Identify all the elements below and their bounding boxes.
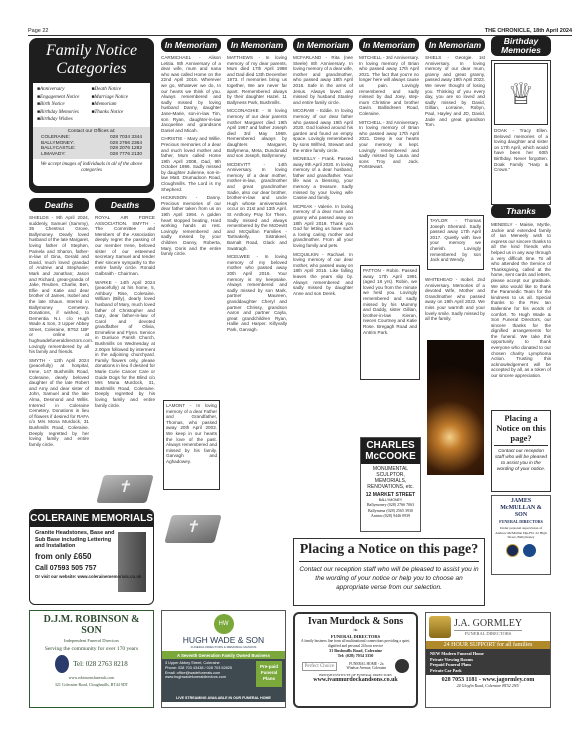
mccooke-title: CHARLES McCOOKE	[361, 438, 420, 464]
robinson-website[interactable]: www.robinsonsfunerals.com	[33, 675, 150, 680]
robinson-address: 321 Coleraine Road, Cloughmills, BT44 9D…	[33, 682, 150, 687]
murdock-text: A family business line from all multinat…	[297, 639, 414, 648]
memoriam-notice: CHRISTIE - Mary and Willie. Precious mem…	[161, 136, 221, 192]
thanks-column: MENEELY - Maisie, Myrtle, Jackie and ext…	[491, 222, 551, 407]
mccooke-phone: Antrim (028) 9446 0939	[361, 513, 420, 519]
bifd-logo-icon	[395, 659, 409, 673]
murdock-title: Ivan Murdock & Sons	[297, 616, 414, 627]
memoriam-notice: MCDEVITT - 14th Anniversary. In loving m…	[227, 162, 287, 252]
memoriam-notice: HICKINSON - Danny. Precious memories of …	[161, 195, 221, 257]
bible-icon	[164, 515, 222, 543]
gormley-bar: 24 HOUR SUPPORT for all families	[426, 641, 550, 649]
murdock-website[interactable]: www.ivanmurdockandsons.co.uk	[297, 677, 414, 683]
deaths-column-1: SHIELDS - 9th April 2024, suddenly, Samu…	[29, 215, 89, 450]
deaths-banner: Deaths	[29, 198, 89, 212]
accept-note: We accept images of individuals in all o…	[37, 162, 146, 174]
memoriam-notice: SHIELS - Georgie. 1st Anniversary. In lo…	[425, 55, 485, 128]
memoriam-notice: MITCHELL - 3rd Anniversary. In loving me…	[359, 120, 419, 170]
memoriam-notice: WHITEHEAD - Isobel. 2nd Anniversary. Mem…	[425, 277, 485, 322]
death-notice: WARKE - 14th April 2024 (peacefully) at …	[95, 280, 155, 409]
mccooke-lines: MONUMENTAL SCULPTOR, MEMORIALS, RENOVATI…	[361, 464, 420, 492]
perfect-choice-logo: Perfect Choice	[302, 662, 338, 671]
gormley-title: J.A. GORMLEY	[454, 618, 522, 629]
badge-icon	[523, 544, 536, 557]
memoriam-taylor: TAYLOR - Thomas Joseph Sherrard. Sadly p…	[427, 215, 484, 270]
wade-bar: A Seventh Generation Family Owned Busine…	[162, 651, 285, 659]
office-name: LIMAVADY:	[41, 152, 66, 158]
death-notice: ROYAL AIR FORCE ASSOCIATION. SMYTH - The…	[95, 215, 155, 277]
memoriam-notice: MCGRAW - Eddie. In loving memory of our …	[293, 108, 353, 153]
mcmullan-sub: FUNERAL DIRECTORS	[494, 519, 548, 524]
page-number: Page 22	[28, 28, 49, 34]
murdock-phone: Tel: (028) 7034 3350	[297, 653, 414, 658]
page-header: Page 22 THE CHRONICLE, 18th April 2024	[28, 28, 572, 36]
wade-prepaid: Pre-paid Funeral Plans	[256, 661, 282, 687]
robinson-serving: Serving the community for over 170 years	[33, 646, 150, 652]
memoriam-notice: CARMICHAEL - Alison Letitia. 8th Anniver…	[161, 55, 221, 133]
mcmullan-title: JAMES McMULLAN & SON	[494, 498, 548, 519]
placing-title: Placing a Notice on this page?	[299, 542, 479, 562]
category: Thanks Notice	[92, 109, 147, 117]
coleraine-website[interactable]: Or visit our website: www.colerainememor…	[35, 574, 148, 579]
categories-title: Family Notice Categories	[33, 42, 150, 78]
memoriam-whitehead: WHITEHEAD - Isobel. 2nd Anniversary. Mem…	[425, 277, 485, 337]
placing-notice-large: Placing a Notice on this page? Contact o…	[293, 538, 485, 606]
contact-heading: Contact our Offices at:	[41, 129, 142, 135]
wade-live: LIVE STREAMING AVAILABLE IN OUR FUNERAL …	[162, 696, 285, 701]
thanks-notice: MENEELY - Maisie, Myrtle, Jackie and ext…	[491, 222, 551, 379]
thanks-banner: Thanks	[491, 204, 551, 218]
hugh-wade-ad: HW HUGH WADE & SON FUNERAL DIRECTORS & M…	[161, 610, 286, 708]
gormley-feature: Private Car Park	[430, 668, 546, 674]
coleraine-price: from only £650	[35, 552, 148, 561]
memoriam-notice: MCPEAK - Valerie. In loving memory of a …	[293, 204, 353, 249]
robinson-ad: D.J.M. ROBINSON & SON Independent Funera…	[29, 610, 154, 708]
coleraine-phone: Call 07593 505 757	[35, 565, 148, 572]
robinson-phone: Tel: 028 2763 8218	[73, 660, 128, 668]
family-notice-categories: Family Notice Categories Anniversary Dea…	[29, 38, 154, 193]
crest-icon: ♕	[494, 63, 548, 125]
wade-title: HUGH WADE & SON	[162, 635, 285, 645]
birthday-box: ♕ DOAK - Tracy Ellen. Beloved memories o…	[491, 60, 551, 205]
memoriam-notice: MATTHEWS - In loving memory of my dear p…	[227, 55, 287, 105]
memoriam-notice: LAMONT - In loving memory of a dear Fath…	[166, 403, 217, 465]
bible-icon	[96, 475, 154, 503]
memoriam-banner: In Memoriam	[359, 38, 419, 52]
memoriam-notice: MCFARLAND - Rita (nee Steele) 8th Annive…	[293, 55, 353, 105]
murdock-ad: Ivan Murdock & Sons ❧ FUNERAL DIRECTORS …	[293, 612, 418, 708]
category: Engagement Notice	[37, 94, 92, 102]
birthday-notice: DOAK - Tracy Ellen. Beloved memories of …	[494, 128, 548, 173]
category: Birth Notice	[37, 101, 92, 109]
placing-text: Contact our reception staff who will be …	[299, 565, 479, 592]
placing-notice-small: Placing a Notice on this page? Contact o…	[491, 410, 551, 492]
category: Birthday Memories	[37, 109, 92, 117]
mcmullan-ad: JAMES McMULLAN & SON FUNERAL DIRECTORS U…	[491, 495, 551, 575]
birthday-banner: Birthday Memories	[491, 36, 551, 56]
memoriam-notice: TAYLOR - Thomas Joseph Sherrard. Sadly p…	[430, 218, 481, 263]
robinson-sub: Independent Funeral Directors	[33, 638, 150, 643]
placing-text: Contact our reception staff who will be …	[494, 449, 548, 473]
memoriam-notice: MCCONAGHIE - In loving memory of our dea…	[227, 108, 287, 158]
office-phone: 028 7776 2130	[110, 152, 142, 158]
murdock-home: FUNERAL HOME - 2a Windsor Avenue, Colera…	[346, 662, 386, 670]
deaths-banner: Deaths	[95, 198, 155, 212]
memoriam-notice: MITCHELL - 3rd Anniversary. In loving me…	[359, 55, 419, 117]
memoriam-banner: In Memoriam	[425, 38, 485, 52]
gormley-sub: FUNERAL DIRECTORS	[454, 630, 522, 636]
memoriam-column-3: MCFARLAND - Rita (nee Steele) 8th Annive…	[293, 55, 353, 525]
memoriam-patton: PATTON - Robin. Passed away 17th April 1…	[360, 265, 420, 380]
memoriam-banner: In Memoriam	[227, 38, 287, 52]
candle-image	[427, 340, 484, 475]
ornament-icon: ❧	[297, 627, 414, 634]
memoriam-notice: PATTON - Robin. Passed away 17th April 1…	[363, 268, 417, 335]
coleraine-title: COLERAINE MEMORIALS	[30, 510, 153, 527]
gormley-ad: J.A. GORMLEY FUNERAL DIRECTORS 24 HOUR S…	[425, 612, 551, 708]
memoriam-column-5: SHIELS - Georgie. 1st Anniversary. In lo…	[425, 55, 485, 210]
mccooke-phone: Ballymoney (028) 2766 7063	[361, 502, 420, 508]
memoriam-column-2: MATTHEWS - In loving memory of my dear p…	[227, 55, 287, 615]
category: Anniversary	[37, 86, 92, 94]
death-notice: SMYTH - 12th April 2024 (peacefully) at …	[29, 358, 89, 448]
gormley-address: 24 Gloyfin Road, Coleraine BT52 2NU	[426, 683, 550, 688]
category: Memoriam	[92, 101, 147, 109]
memoriam-lamont: LAMONT - In loving memory of a dear Fath…	[163, 400, 220, 490]
coleraine-description: Granite Headstones, Base and Sub Base in…	[35, 530, 115, 550]
memoriam-notice: MCQUILKIN - Rachael. In loving memory of…	[293, 252, 353, 297]
office-contacts: Contact our Offices at: COLERAINE:028 70…	[33, 127, 150, 160]
mcmullan-text: Under personal supervision of Andrew McM…	[494, 526, 548, 540]
memoriam-banner: In Memoriam	[293, 38, 353, 52]
wade-sub: FUNERAL DIRECTORS & MEMORIAL MASONS	[162, 645, 285, 649]
memoriam-banner: In Memoriam	[161, 38, 221, 52]
robinson-logo-icon	[55, 655, 69, 673]
memoriam-notice: MCELWEE - In loving memory of my beloved…	[227, 254, 287, 332]
mccooke-ad: CHARLES McCOOKE MONUMENTAL SCULPTOR, MEM…	[360, 437, 421, 532]
robinson-title: D.J.M. ROBINSON & SON	[33, 614, 150, 636]
death-notice: SHIELDS - 9th April 2024, suddenly, Samu…	[29, 215, 89, 355]
hw-logo-icon: HW	[214, 614, 234, 634]
badge-icon	[506, 544, 519, 557]
category: Birthday Wishes	[37, 116, 92, 124]
memoriam-column-1: CARMICHAEL - Alison Letitia. 8th Anniver…	[161, 55, 221, 395]
masthead: THE CHRONICLE, 18th April 2024	[485, 28, 572, 34]
deaths-column-2: ROYAL AIR FORCE ASSOCIATION. SMYTH - The…	[95, 215, 155, 411]
memoriam-column-4: MITCHELL - 3rd Anniversary. In loving me…	[359, 55, 419, 255]
memoriam-notice: MCNEILLY - Frank. Passed away 9th April …	[293, 156, 353, 201]
coleraine-memorials-ad: COLERAINE MEMORIALS Granite Headstones, …	[29, 509, 154, 605]
gormley-crest-icon	[429, 616, 451, 638]
category: Marriage Notice	[92, 94, 147, 102]
category: Death Notice	[92, 86, 147, 94]
categories-list: Anniversary Death Notice Engagement Noti…	[37, 86, 146, 124]
placing-title: Placing a Notice on this page?	[494, 413, 548, 446]
